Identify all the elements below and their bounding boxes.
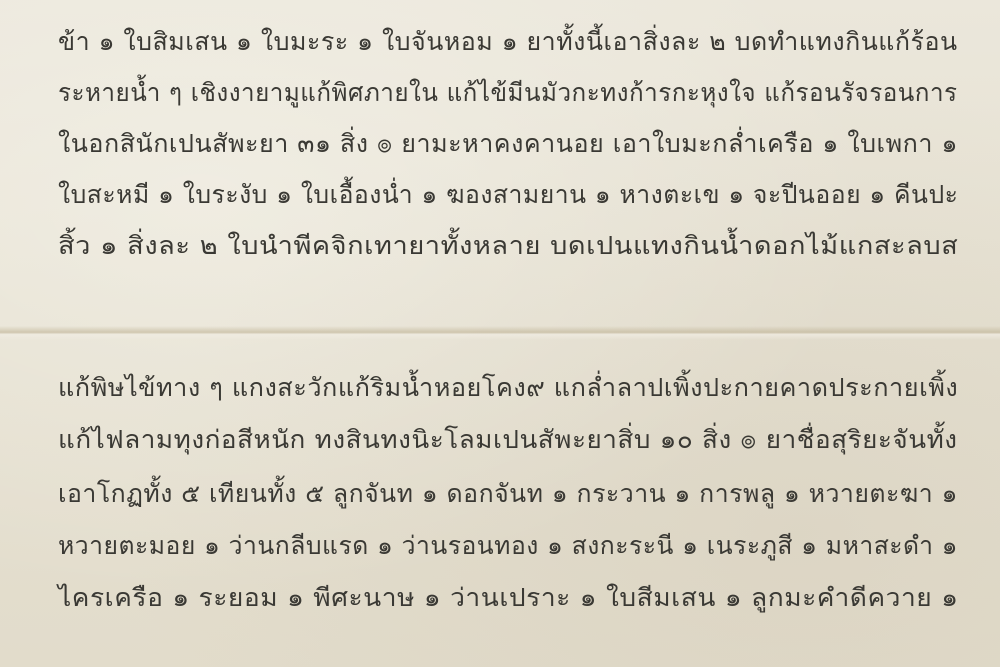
text-line-2: ระหายน้ำ ๆ เชิงงายามูแก้พิศภายใน แก้ไข้ม… xyxy=(58,73,958,113)
text-line-5: สิ้ว ๑ สิ่งละ ๒ ใบนำพีคจิกเทายาทั้งหลาย … xyxy=(58,226,958,266)
text-line-3: ในอกสินักเปนสัพะยา ๓๑ สิ่ง ๏ ยามะหาคงคาน… xyxy=(58,124,958,164)
manuscript-page: ข้า ๑ ใบสิมเสน ๑ ใบมะระ ๑ ใบจันหอม ๑ ยาท… xyxy=(0,0,1000,667)
text-line-6: แก้พิษไข้ทาง ๆ แกงสะวักแก้ริมน้ำหอยโคง๙ … xyxy=(58,368,958,408)
text-line-8: เอาโกฏทั้ง ๕ เทียนทั้ง ๕ ลูกจันท ๑ ดอกจั… xyxy=(58,474,958,514)
text-line-9: หวายตะมอย ๑ ว่านกลีบแรด ๑ ว่านรอนทอง ๑ ส… xyxy=(58,526,958,566)
text-line-7: แก้ไฟลามทุงก่อสีหนัก ทงสินทงนิะโลมเปนสัพ… xyxy=(58,420,958,460)
paper-fold-crease xyxy=(0,326,1000,340)
text-line-10: ไครเครือ ๑ ระยอม ๑ พีศะนาษ ๑ ว่านเปราะ ๑… xyxy=(58,578,958,618)
text-line-4: ใบสะหมี ๑ ใบระงับ ๑ ใบเอื้องน่ำ ๑ ฆองสาม… xyxy=(58,175,958,215)
text-line-1: ข้า ๑ ใบสิมเสน ๑ ใบมะระ ๑ ใบจันหอม ๑ ยาท… xyxy=(58,22,958,62)
